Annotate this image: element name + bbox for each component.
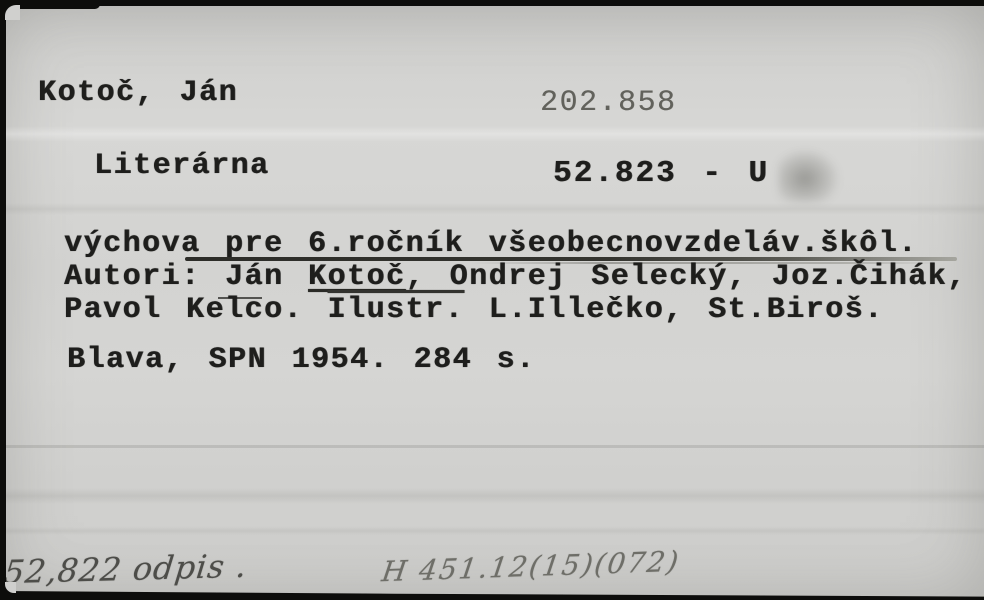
handwritten-accession-note: 52,822 odpis . bbox=[2, 547, 250, 591]
scan-streak bbox=[0, 203, 984, 215]
scan-streak bbox=[0, 527, 984, 535]
title-continuation-underlined: pre 6.ročník všeobecnovzdeláv.škôl. bbox=[225, 227, 918, 261]
illustrators-line-overlined: Ilustr. bbox=[328, 293, 465, 327]
scanned-catalog-card: Kotoč, Ján 202.858 Literárna 52.823 - U … bbox=[0, 0, 984, 600]
accession-number: 202.858 bbox=[540, 88, 677, 120]
authors-line: Autori: Ján Kotoč, Ondrej Selecký, Joz.Č… bbox=[64, 262, 967, 294]
scan-streak bbox=[0, 126, 984, 142]
title-word: Literárna bbox=[94, 151, 270, 183]
ink-smudge bbox=[778, 150, 838, 202]
authors-line-suffix: , Ondrej Selecký, Joz.Čihák, bbox=[406, 260, 967, 294]
scan-streak bbox=[0, 488, 984, 504]
scan-edge-top bbox=[0, 0, 984, 6]
author-heading: Kotoč, Ján bbox=[38, 78, 238, 110]
scan-edge-left bbox=[0, 0, 6, 600]
scan-streak bbox=[0, 445, 984, 448]
illustrators-line-suffix: L.Illečko, St.Biroš. bbox=[464, 293, 884, 327]
illustrators-line-prefix: Pavol Kelco. bbox=[64, 293, 328, 327]
imprint-line: Blava, SPN 1954. 284 s. bbox=[67, 345, 536, 377]
authors-line-underlined-surname: Kotoč bbox=[308, 260, 406, 294]
illustrators-line: Pavol Kelco. Ilustr. L.Illečko, St.Biroš… bbox=[64, 295, 884, 327]
authors-line-prefix: Autori: Ján bbox=[64, 260, 308, 294]
handwritten-classification-note: H 451.12(15)(072) bbox=[380, 545, 683, 589]
scan-edge-top-blob bbox=[14, 0, 100, 9]
title-continuation-prefix: výchova bbox=[64, 227, 225, 261]
call-number: 52.823 - U bbox=[553, 158, 769, 191]
scan-corner-top-left-round bbox=[5, 5, 20, 20]
title-continuation-line: výchova pre 6.ročník všeobecnovzdeláv.šk… bbox=[64, 229, 918, 261]
scan-edge-bottom bbox=[0, 591, 984, 600]
